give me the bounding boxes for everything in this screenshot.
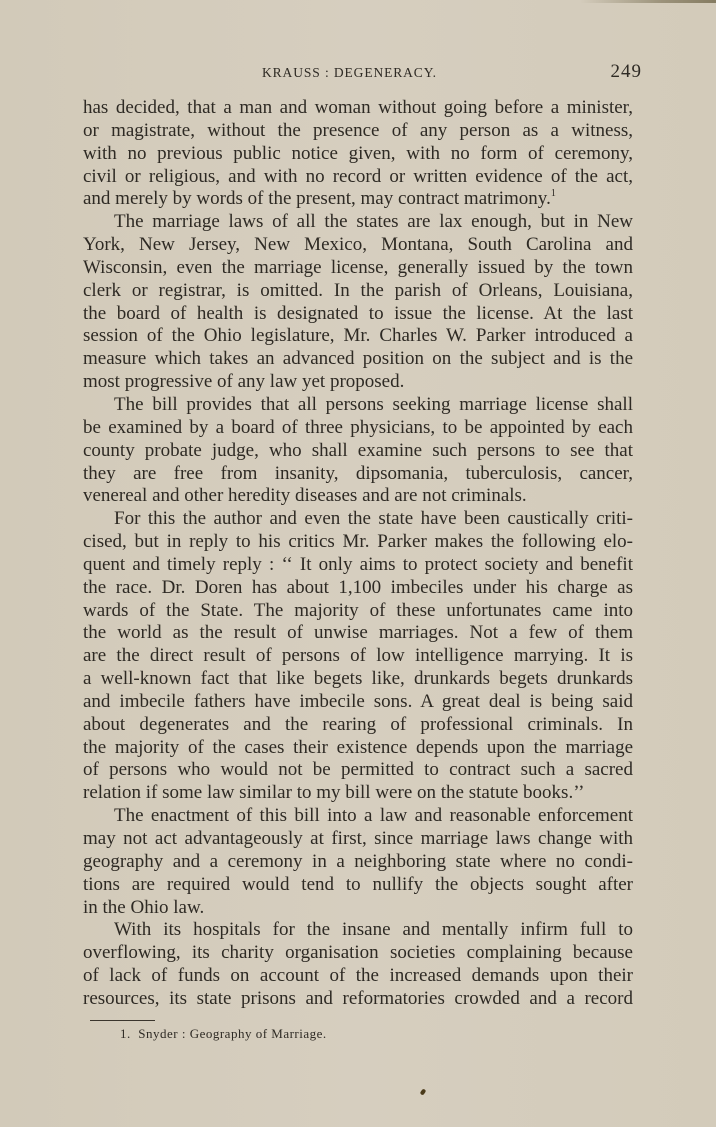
footnote-text: Snyder : Geography of Marriage. (138, 1026, 326, 1041)
text-line: For this the author and even the state h… (83, 508, 633, 531)
text-line: cised, but in reply to his critics Mr. P… (83, 531, 633, 554)
text-line: with no previous public notice given, wi… (83, 143, 633, 166)
paragraph: The bill provides that all persons seeki… (83, 394, 633, 508)
text-line: the world as the result of unwise marria… (83, 622, 633, 645)
text-line: of persons who would not be permitted to… (83, 759, 633, 782)
text-line: wards of the State. The majority of thes… (83, 600, 633, 623)
paragraph: With its hospitals for the insane and me… (83, 919, 633, 1010)
text-line: tions are required would tend to nullify… (83, 874, 633, 897)
text-line: the board of health is designated to iss… (83, 303, 633, 326)
page-number: 249 (611, 61, 643, 83)
text-line: The enactment of this bill into a law an… (83, 805, 633, 828)
text-line: York, New Jersey, New Mexico, Montana, S… (83, 234, 633, 257)
footnote-divider (90, 1020, 155, 1021)
paragraph: The marriage laws of all the states are … (83, 211, 633, 394)
paragraph: For this the author and even the state h… (83, 508, 633, 805)
footnote-number: 1. (120, 1026, 131, 1041)
text-line: relation if some law similar to my bill … (83, 782, 633, 805)
text-line: overflowing, its charity organisation so… (83, 942, 633, 965)
text-line: the race. Dr. Doren has about 1,100 imbe… (83, 577, 633, 600)
paragraph: has decided, that a man and woman withou… (83, 97, 633, 211)
text-line: session of the Ohio legislature, Mr. Cha… (83, 325, 633, 348)
text-line: they are free from insanity, dipsomania,… (83, 463, 633, 486)
text-line: of lack of funds on account of the incre… (83, 965, 633, 988)
text-line: about degenerates and the rearing of pro… (83, 714, 633, 737)
text-line: resources, its state prisons and reforma… (83, 988, 633, 1011)
text-line: be examined by a board of three physicia… (83, 417, 633, 440)
paragraph: The enactment of this bill into a law an… (83, 805, 633, 919)
paper-speck (420, 1088, 427, 1095)
text-line: With its hospitals for the insane and me… (83, 919, 633, 942)
text-line: are the direct result of persons of low … (83, 645, 633, 668)
text-line: in the Ohio law. (83, 897, 633, 920)
text-line: clerk or registrar, is omitted. In the p… (83, 280, 633, 303)
running-head: KRAUSS : DEGENERACY. 249 (262, 61, 642, 85)
text-line: The marriage laws of all the states are … (83, 211, 633, 234)
body-text: has decided, that a man and woman withou… (83, 97, 633, 1011)
text-line: venereal and other heredity diseases and… (83, 485, 633, 508)
text-line: and merely by words of the present, may … (83, 188, 551, 209)
text-line: county probate judge, who shall examine … (83, 440, 633, 463)
text-line: civil or religious, and with no record o… (83, 166, 633, 189)
footnote-reference[interactable]: 1 (551, 188, 556, 199)
text-line: measure which takes an advanced position… (83, 348, 633, 371)
text-line: the majority of the cases their existenc… (83, 737, 633, 760)
text-line: quent and timely reply : ‘‘ It only aims… (83, 554, 633, 577)
text-line: has decided, that a man and woman withou… (83, 97, 633, 120)
text-line: and imbecile fathers have imbecile sons.… (83, 691, 633, 714)
page-edge-shadow (580, 0, 716, 3)
text-line: most progressive of any law yet proposed… (83, 371, 633, 394)
text-line: geography and a ceremony in a neighborin… (83, 851, 633, 874)
text-line-with-footnote: and merely by words of the present, may … (83, 188, 633, 211)
running-head-title: KRAUSS : DEGENERACY. (262, 65, 437, 81)
text-line: a well-known fact that like begets like,… (83, 668, 633, 691)
footnote: 1. Snyder : Geography of Marriage. (120, 1026, 327, 1042)
text-line: may not act advantageously at first, sin… (83, 828, 633, 851)
text-line: or magistrate, without the presence of a… (83, 120, 633, 143)
text-line: The bill provides that all persons seeki… (83, 394, 633, 417)
text-line: Wisconsin, even the marriage license, ge… (83, 257, 633, 280)
